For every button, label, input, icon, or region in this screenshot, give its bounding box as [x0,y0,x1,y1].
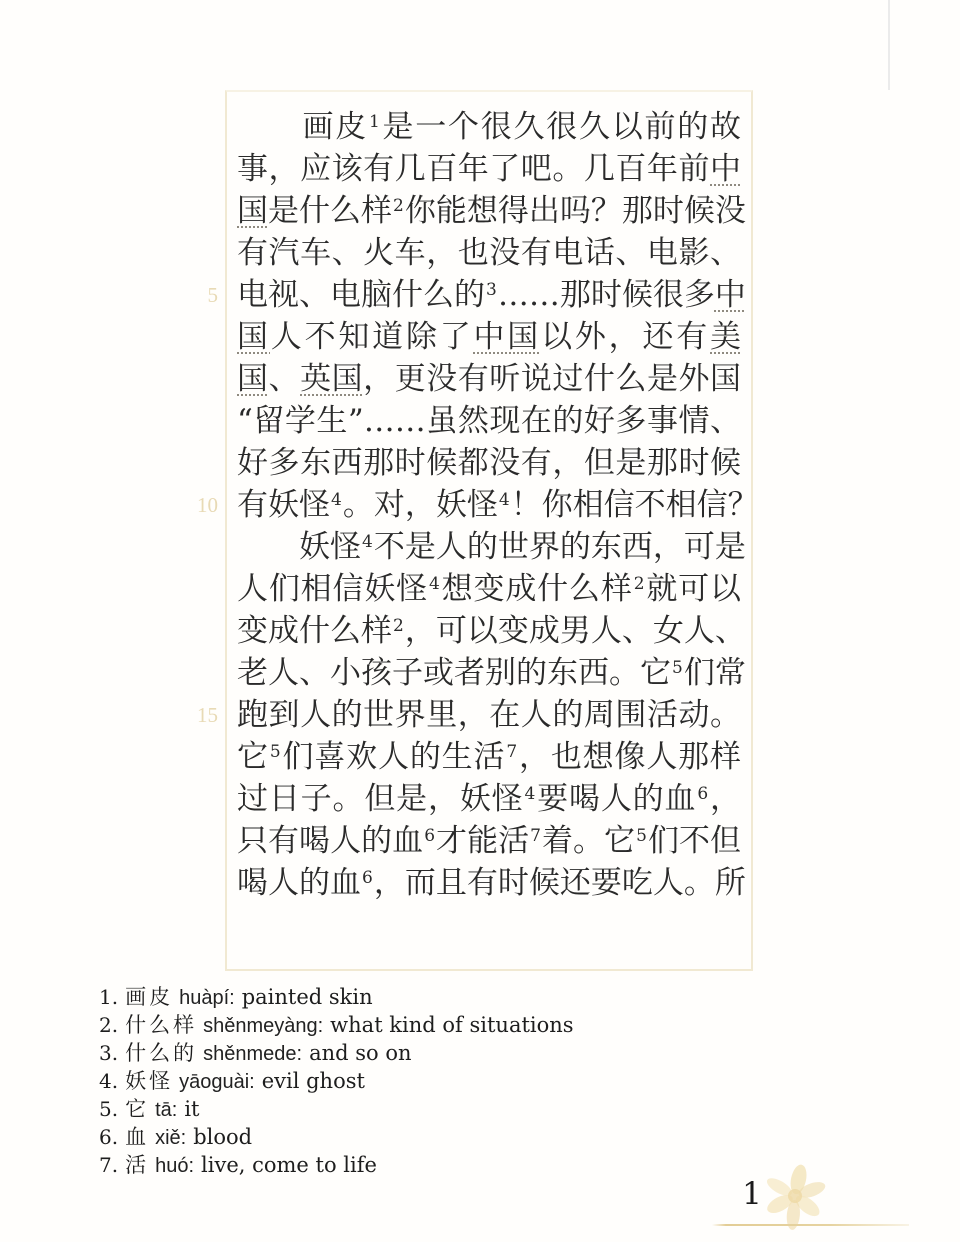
text-run: 们不但 [648,823,741,859]
footnote-item: 6.血xiě:blood [99,1123,699,1151]
footnote-english: and so on [309,1041,411,1065]
text-run: 们喜欢人的生活 [282,739,506,775]
story-line: 跑到人的世界里，在人的周围活动。 [237,694,741,736]
book-page: 51015 画皮1是一个很久很久以前的故事，应该有几百年了吧。几百年前中国是什么… [0,0,960,1242]
text-run: 以外，还有 [541,319,710,355]
footnote-number: 3. [99,1041,118,1065]
story-text-box: 画皮1是一个很久很久以前的故事，应该有几百年了吧。几百年前中国是什么样2你能想得… [225,90,753,971]
footnote-ref: 2 [392,196,405,216]
footnote-pinyin: huàpí: [179,987,235,1009]
text-run: 它 [237,739,269,775]
text-run: 想变成什么样 [441,571,633,607]
story-line: 国、英国，更没有听说过什么是外国 [237,358,741,400]
proper-noun: 国 [237,361,269,397]
text-run: “留学生”……虽然现在的好多事情、 [237,403,741,439]
text-run: ，也想像人那样 [518,739,741,775]
footnote-ref: 4 [330,490,343,510]
text-run: 好多东西那时候都没有，但是那时候 [237,445,741,481]
footnote-english: live, come to life [201,1153,377,1177]
footnote-ref: 7 [529,826,542,846]
text-run: 才能活 [436,823,529,859]
footnote-item: 3.什么的shěnmede:and so on [99,1039,699,1067]
text-run: 变成什么样 [237,613,392,649]
footnote-ref: 3 [485,280,498,300]
text-run: 是什么样 [268,193,392,229]
text-run: ， [709,781,741,817]
text-run: 老人、小孩子或者别的东西。它 [237,655,671,691]
proper-noun: 美 [710,319,741,355]
proper-noun: 中 [715,277,746,313]
proper-noun: 国 [237,319,271,355]
story-text: 画皮1是一个很久很久以前的故事，应该有几百年了吧。几百年前中国是什么样2你能想得… [237,106,741,904]
text-run: 要喝人的血 [536,781,696,817]
footnote-ref: 4 [361,532,374,552]
footnote-hanzi: 妖怪 [125,1069,173,1093]
footnote-pinyin: shěnmeyàng: [203,1015,323,1037]
text-run: 人们相信妖怪 [237,571,428,607]
text-run: 你能想得出吗？那时候没 [405,193,746,229]
footnote-number: 4. [99,1069,118,1093]
footnote-english: it [184,1097,199,1121]
story-line: 电视、电脑什么的3……那时候很多中 [237,274,741,316]
line-number: 5 [150,274,218,316]
footnote-item: 7.活huó:live, come to life [99,1151,699,1179]
story-line: “留学生”……虽然现在的好多事情、 [237,400,741,442]
footnote-item: 2.什么样shěnmeyàng:what kind of situations [99,1011,699,1039]
text-run: 就可以 [646,571,742,607]
text-run: 不是人的世界的东西，可是 [374,529,746,565]
footnote-item: 4.妖怪yāoguài:evil ghost [99,1067,699,1095]
footer-rule [712,1224,909,1226]
footnote-ref: 2 [633,574,646,594]
text-run: 跑到人的世界里，在人的周围活动。 [237,697,741,733]
story-line: 人们相信妖怪4想变成什么样2就可以 [237,568,741,610]
text-run: 是一个很久很久以前的故 [381,109,741,145]
proper-noun: 中 [710,151,741,187]
footnote-ref: 1 [368,112,381,132]
text-run: 们常 [684,655,746,691]
text-run: 有妖怪 [237,487,330,523]
text-run: 事，应该有几百年了吧。几百年前 [237,151,710,187]
footnote-ref: 6 [423,826,436,846]
footnote-number: 2. [99,1013,118,1037]
footnote-hanzi: 它 [125,1097,149,1121]
text-run: 妖怪 [237,529,361,565]
story-line: 过日子。但是，妖怪4要喝人的血6， [237,778,741,820]
text-run: 。对，妖怪 [343,487,498,523]
text-run: 人不知道除了 [271,319,474,355]
text-run: ……那时候很多 [498,277,715,313]
footnote-ref: 5 [269,742,282,762]
proper-noun: 英国 [300,361,363,397]
footnote-ref: 4 [428,574,441,594]
story-line: 变成什么样2，可以变成男人、女人、 [237,610,741,652]
story-line: 喝人的血6，而且有时候还要吃人。所 [237,862,741,904]
story-line: 国人不知道除了中国以外，还有美 [237,316,741,358]
footnote-ref: 4 [524,784,537,804]
footnote-hanzi: 血 [125,1125,149,1149]
footnote-item: 1.画皮huàpí:painted skin [99,983,699,1011]
footnotes-list: 1.画皮huàpí:painted skin2.什么样shěnmeyàng:wh… [99,983,699,1179]
text-run: 着。它 [542,823,635,859]
footnote-ref: 2 [392,616,405,636]
story-line: 事，应该有几百年了吧。几百年前中 [237,148,741,190]
text-run: 电视、电脑什么的 [237,277,485,313]
story-line: 画皮1是一个很久很久以前的故 [237,106,741,148]
footnote-pinyin: shěnmede: [203,1043,302,1065]
text-run: 有汽车、火车，也没有电话、电影、 [237,235,741,271]
text-run: ！你相信不相信？ [511,487,759,523]
footnote-hanzi: 什么的 [125,1041,197,1065]
text-run: ，可以变成男人、女人、 [405,613,746,649]
story-line: 它5们喜欢人的生活7，也想像人那样 [237,736,741,778]
footnote-ref: 7 [505,742,518,762]
text-run: 过日子。但是，妖怪 [237,781,524,817]
text-run: 画皮 [237,109,368,145]
text-run: ，而且有时候还要吃人。所 [374,865,746,901]
footnote-number: 7. [99,1153,118,1177]
footnote-pinyin: xiě: [155,1127,186,1149]
footnote-number: 6. [99,1125,118,1149]
scan-artifact-line [888,0,890,90]
footnote-english: evil ghost [262,1069,365,1093]
story-line: 有汽车、火车，也没有电话、电影、 [237,232,741,274]
footnote-hanzi: 活 [125,1153,149,1177]
footnote-pinyin: tā: [155,1099,177,1121]
text-run: 、 [269,361,301,397]
story-line: 妖怪4不是人的世界的东西，可是 [237,526,741,568]
story-line: 只有喝人的血6才能活7着。它5们不但 [237,820,741,862]
footnote-ref: 5 [635,826,648,846]
footnote-ref: 5 [671,658,684,678]
line-number: 15 [150,694,218,736]
story-line: 好多东西那时候都没有，但是那时候 [237,442,741,484]
footnote-hanzi: 什么样 [125,1013,197,1037]
footnote-english: what kind of situations [330,1013,573,1037]
footnote-ref: 6 [696,784,709,804]
footnote-hanzi: 画皮 [125,985,173,1009]
story-line: 有妖怪4。对，妖怪4！你相信不相信？ [237,484,741,526]
flower-icon [761,1162,829,1230]
text-run: 喝人的血 [237,865,361,901]
story-line: 国是什么样2你能想得出吗？那时候没 [237,190,741,232]
proper-noun: 国 [237,193,268,229]
footnote-ref: 4 [498,490,511,510]
text-run: 只有喝人的血 [237,823,423,859]
text-run: ，更没有听说过什么是外国 [363,361,741,397]
footnote-english: blood [193,1125,252,1149]
line-number: 10 [150,484,218,526]
footnote-pinyin: huó: [155,1155,194,1177]
footnote-number: 1. [99,985,118,1009]
footnote-english: painted skin [242,985,373,1009]
footnote-ref: 6 [361,868,374,888]
proper-noun: 中国 [474,319,542,355]
story-line: 老人、小孩子或者别的东西。它5们常 [237,652,741,694]
footnote-number: 5. [99,1097,118,1121]
footnote-pinyin: yāoguài: [179,1071,255,1093]
footnote-item: 5.它tā:it [99,1095,699,1123]
